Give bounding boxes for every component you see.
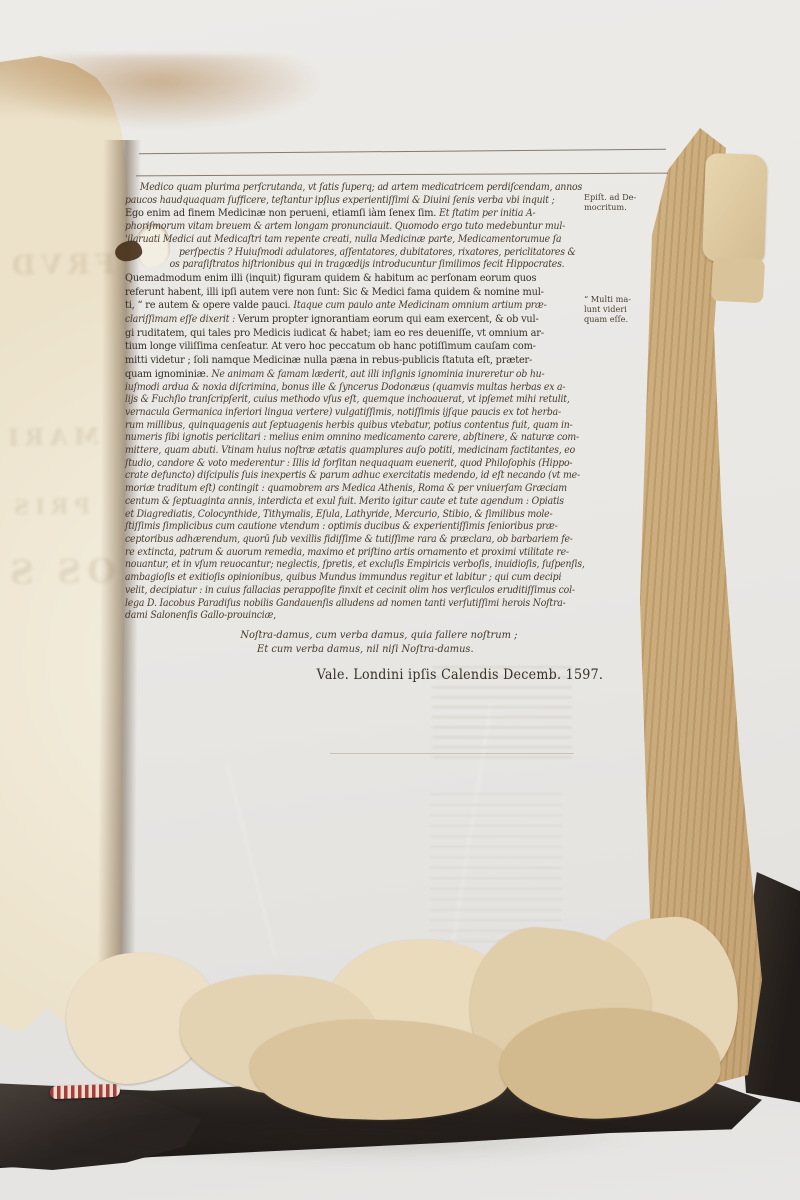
showthrough-text-fragment: MARI <box>2 423 100 452</box>
verse-line: Noſtra-damus, cum verba damus, quia fall… <box>240 628 582 642</box>
text-line: 'ilaruati Medici aut Medicaſtri tam repe… <box>125 234 583 247</box>
protruding-page-edge <box>702 153 768 263</box>
text-line: crate defuncto) diſcipulis ſuis inexpert… <box>125 470 583 483</box>
text-line: centum & ſeptuaginta annis, interdicta e… <box>125 496 583 509</box>
text-line: perſpectis ? Huiuſmodi adulatores, aſſen… <box>125 247 583 260</box>
showthrough-text-fragment: PRIS <box>8 493 91 519</box>
text-line: rum millibus, quinquagenis aut ſeptuagen… <box>125 420 583 433</box>
text-line: quam ignominiæ. Ne animam & famam læderi… <box>125 368 583 382</box>
text-line: os paraſiſtratos hiſtrionibus qui in tra… <box>125 259 583 272</box>
text-line: mittere, quam abuti. Vtinam huius noſtræ… <box>125 445 583 458</box>
text-line: ſtiſſimis ſimplicibus cum cautione vtend… <box>125 521 583 534</box>
endband-striped <box>50 1084 120 1099</box>
text-line: vernacula Germanica inferiori lingua ver… <box>125 407 583 420</box>
text-line: clariſſimam eſſe dixerit : Verum propter… <box>125 313 583 327</box>
text-line: moriæ traditum eſt) contingit : quamobre… <box>125 483 583 496</box>
text-line: Ego enim ad finem Medicinæ non perueni, … <box>125 207 583 221</box>
text-line: lega D. Iacobus Paradiſus nobilis Gandau… <box>125 598 583 611</box>
text-line: phoriſmorum vitam breuem & artem longam … <box>125 221 583 234</box>
text-line: ti, “ re autem & opere valde pauci. Itaq… <box>125 299 583 313</box>
text-line: ſtudio, candore & voto mederentur : Illi… <box>125 458 583 471</box>
text-line: mitti videtur ; ſoli namque Medicinæ nul… <box>125 354 583 368</box>
showthrough-text-fragment: FRVD <box>6 249 116 282</box>
showthrough-rule <box>330 753 574 754</box>
text-line: tium longe viliſſima cenſeatur. At vero … <box>125 340 583 354</box>
text-line: Quemadmodum enim illi (inquit) figuram q… <box>125 272 583 286</box>
book-shadow <box>0 1118 780 1188</box>
text-line: numeris ſibi ignotis periclitari : meliu… <box>125 432 583 445</box>
text-line: ceptoribus adhærendum, quorū ſub vexilli… <box>125 534 583 547</box>
showthrough-block <box>432 666 572 758</box>
showthrough-block <box>430 790 562 942</box>
text-line: et Diagrediatis, Colocynthide, Tithymali… <box>125 509 583 522</box>
margin-note: Epiſt. ad De- mocritum. <box>584 193 664 213</box>
text-line: nouantur, et in vſum reuocantur; neglect… <box>125 559 583 572</box>
text-line: lijs & Fuchſio tranſcripſerit, cuius met… <box>125 394 583 407</box>
left-page-top-stain <box>0 55 360 145</box>
protruding-page-edge-small <box>711 257 765 304</box>
text-lines: Medico quam plurima perſcrutanda, vt ſat… <box>125 182 583 623</box>
text-line: gi ruditatem, qui tales pro Medicis iudi… <box>125 327 583 341</box>
margin-note: “ Multi ma- lunt videri quam eſſe. <box>584 295 664 324</box>
text-line: velit, decipiatur : in cuius fallacias p… <box>125 585 583 598</box>
text-line: Medico quam plurima perſcrutanda, vt ſat… <box>125 182 583 195</box>
text-line: re extincta, patrum & auorum remedia, ma… <box>125 547 583 560</box>
text-line: referunt habent, illi ipſi autem vere no… <box>125 286 583 300</box>
verse-line: Et cum verba damus, nil niſi Noſtra-damu… <box>257 642 583 656</box>
text-line: dami Salonenſis Gallo-prouinciæ, <box>125 610 583 623</box>
text-line: paucos haudquaquam ſufficere, teſtantur … <box>125 195 583 208</box>
page-text-block: Medico quam plurima perſcrutanda, vt ſat… <box>125 182 583 683</box>
text-line: ambagioſis et exitioſis opinionibus, qui… <box>125 572 583 585</box>
photo-background: FRVD MARI PRIS OS S Medico quam plurima … <box>0 0 800 1200</box>
text-line: iuſmodi ardua & noxia diſcrimina, bonus … <box>125 382 583 395</box>
